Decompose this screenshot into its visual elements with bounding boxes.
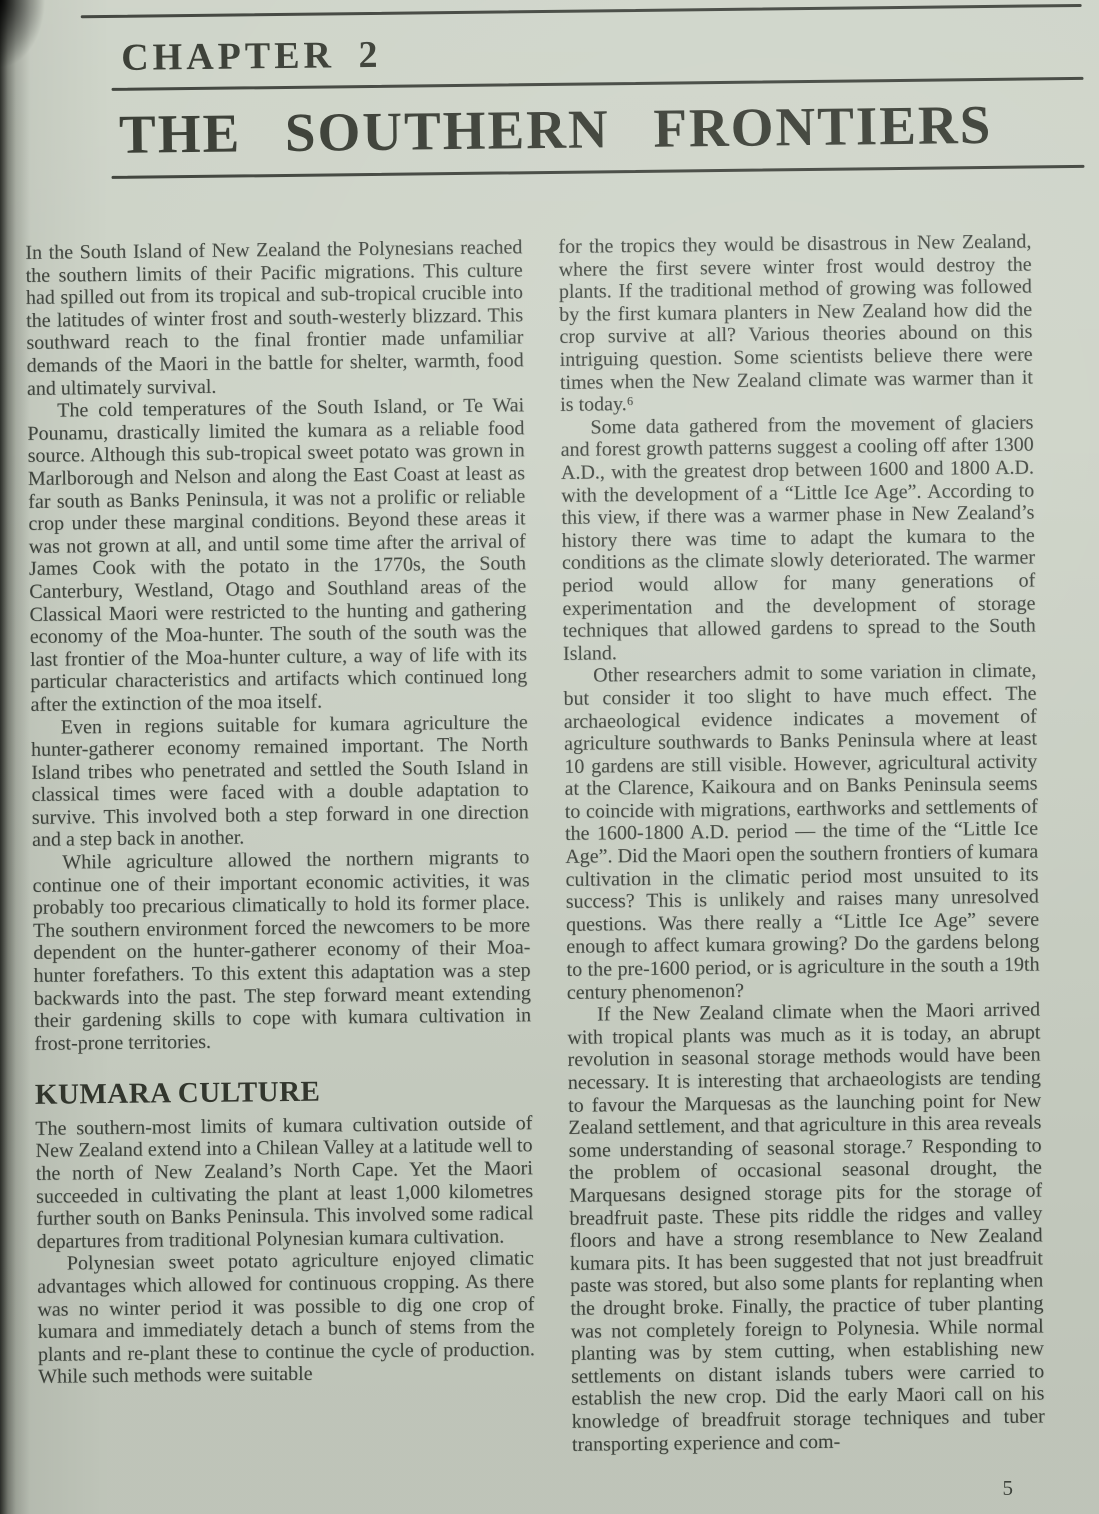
chapter-label: CHAPTER 2 [121, 27, 1092, 80]
header-rule-above-title [112, 77, 1084, 91]
right-paragraph-4: If the New Zealand climate when the Maor… [567, 999, 1045, 1456]
left-paragraph-4: While agriculture allowed the northern m… [32, 846, 531, 1055]
left-paragraph-3: Even in regions suitable for kumara agri… [31, 711, 530, 852]
page-title: THE SOUTHERN FRONTIERS [119, 92, 1094, 166]
section-heading-kumara-culture: KUMARA CULTURE [35, 1075, 532, 1111]
two-column-text: In the South Island of New Zealand the P… [25, 230, 1099, 1462]
left-paragraph-2: The cold temperatures of the South Islan… [27, 394, 528, 716]
left-paragraph-6: Polynesian sweet potato agriculture enjo… [37, 1248, 536, 1389]
right-paragraph-1: for the tropics they would be disastrous… [558, 231, 1033, 417]
right-paragraph-3: Other researchers admit to some variatio… [563, 660, 1040, 1004]
right-paragraph-2: Some data gathered from the movement of … [560, 411, 1036, 665]
header-rule-top [81, 4, 1082, 18]
left-paragraph-1: In the South Island of New Zealand the P… [25, 236, 524, 400]
scanned-page: CHAPTER 2 THE SOUTHERN FRONTIERS In the … [0, 0, 1099, 1514]
left-paragraph-5: The southern-most limits of kumara culti… [35, 1112, 534, 1253]
page-number: 5 [1003, 1476, 1014, 1501]
header-rule-below-title [112, 165, 1085, 179]
left-column: In the South Island of New Zealand the P… [25, 236, 536, 1462]
page-content: CHAPTER 2 THE SOUTHERN FRONTIERS In the … [0, 0, 1099, 1462]
right-column: for the tropics they would be disastrous… [558, 231, 1045, 1456]
